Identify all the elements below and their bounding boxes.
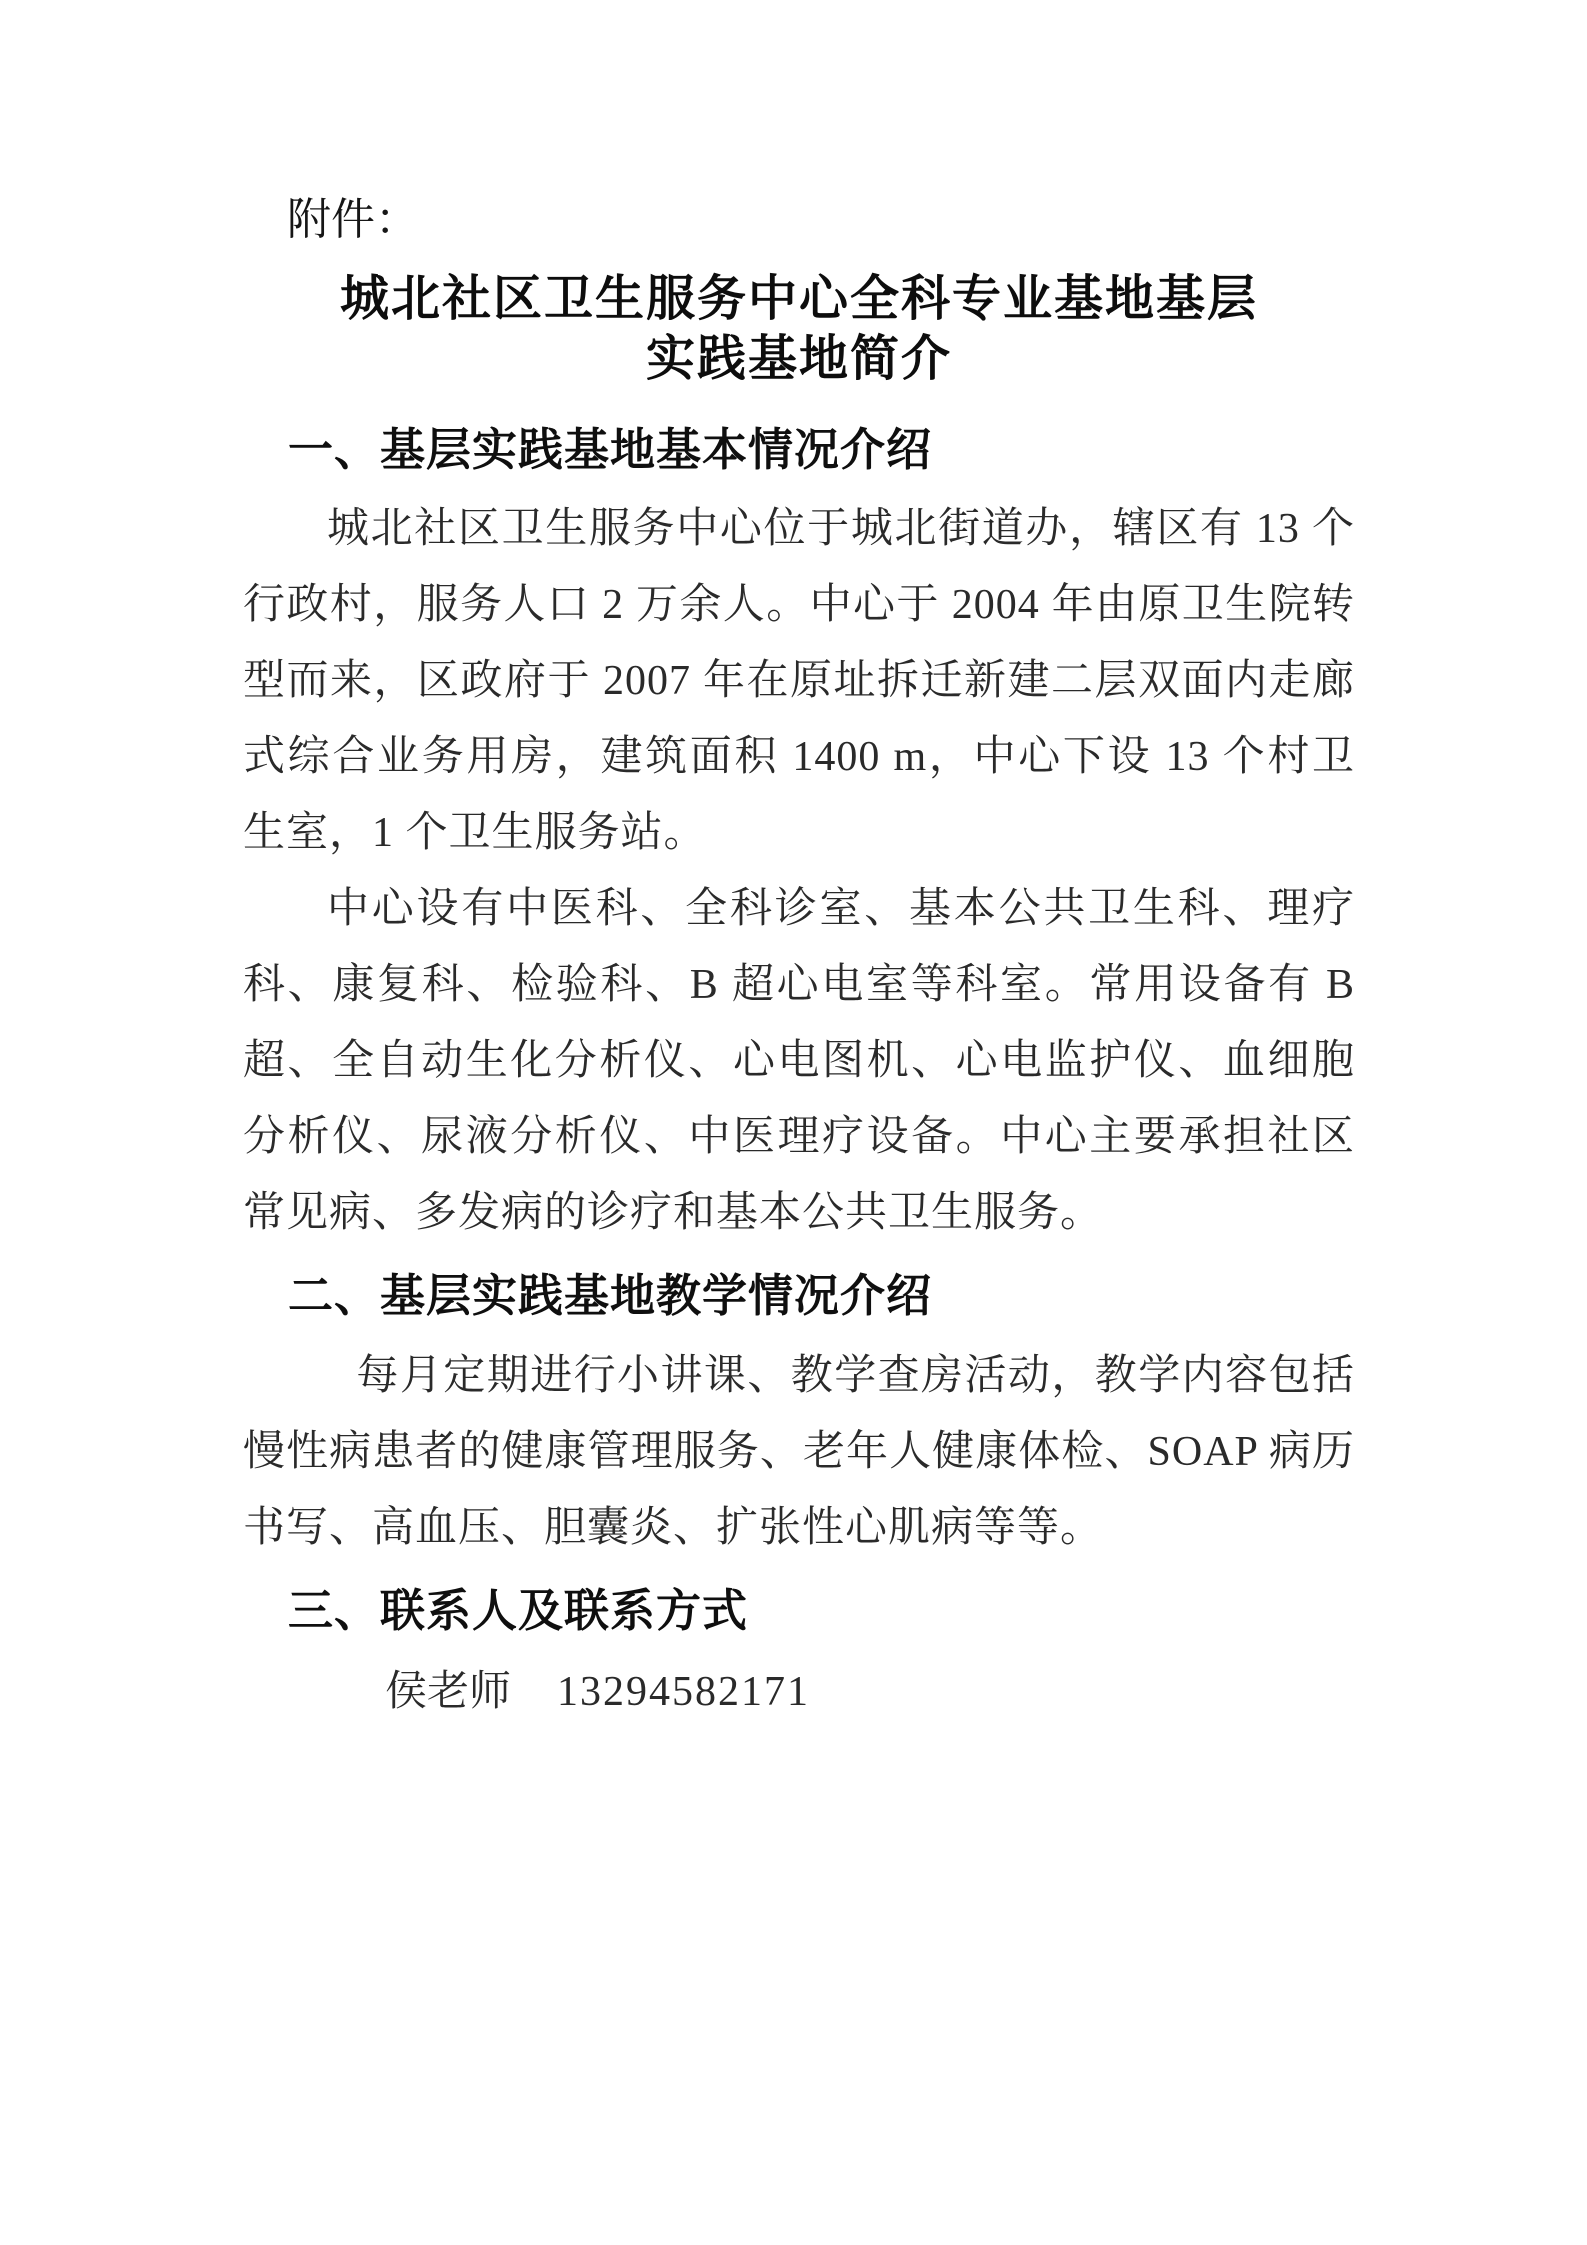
document-page: 附件： 城北社区卫生服务中心全科专业基地基层 实践基地简介 一、基层实践基地基本…	[0, 0, 1587, 2245]
document-title-line1: 城北社区卫生服务中心全科专业基地基层	[243, 269, 1355, 329]
section-1-paragraph-1: 城北社区卫生服务中心位于城北街道办，辖区有 13 个行政村，服务人口 2 万余人…	[243, 491, 1355, 871]
contact-phone: 13294582171	[557, 1669, 810, 1715]
contact-info: 侯老师13294582171	[243, 1654, 1355, 1730]
section-2-paragraph-1: 每月定期进行小讲课、教学查房活动，教学内容包括慢性病患者的健康管理服务、老年人健…	[243, 1338, 1355, 1566]
section-2-heading: 二、基层实践基地教学情况介绍	[243, 1267, 1355, 1326]
section-1-paragraph-2: 中心设有中医科、全科诊室、基本公共卫生科、理疗科、康复科、检验科、B 超心电室等…	[243, 871, 1355, 1251]
document-title: 城北社区卫生服务中心全科专业基地基层 实践基地简介	[243, 269, 1355, 389]
contact-name: 侯老师	[385, 1669, 511, 1715]
section-1-heading: 一、基层实践基地基本情况介绍	[243, 421, 1355, 480]
section-3-heading: 三、联系人及联系方式	[243, 1582, 1355, 1641]
document-title-line2: 实践基地简介	[243, 329, 1355, 389]
attachment-label: 附件：	[243, 192, 1355, 247]
